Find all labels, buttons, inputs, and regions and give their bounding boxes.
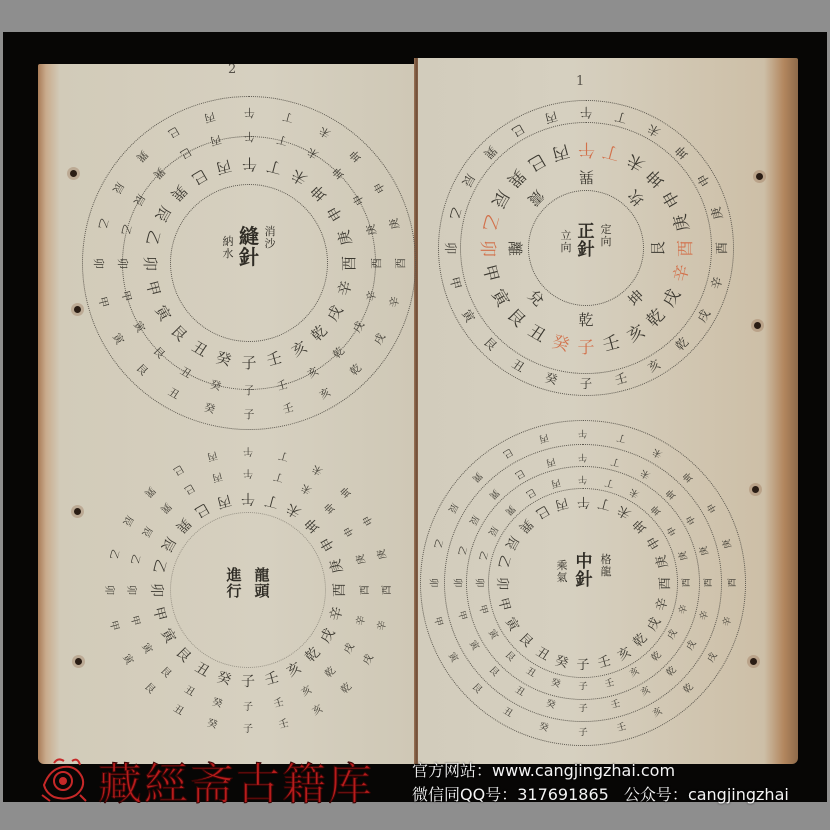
ring-glyph: 丙	[538, 432, 549, 443]
ring-glyph: 亥	[629, 667, 642, 680]
ring-glyph: 酉	[728, 578, 737, 587]
ring-glyph: 乾	[579, 313, 594, 328]
compass-diagram-bottom-right: 子癸丑艮寅甲卯乙辰巽巳丙午丁未坤申庚酉辛戌乾亥壬子癸丑艮寅甲卯乙辰巽巳丙午丁未坤…	[420, 420, 746, 746]
public-account-label: 公众号：	[624, 785, 688, 804]
ring-glyph: 甲	[432, 616, 443, 627]
ring-glyph: 乙	[477, 550, 488, 561]
ring-glyph: 癸	[209, 380, 222, 393]
ring-glyph: 巳	[525, 487, 538, 500]
ring-glyph: 癸	[211, 698, 223, 710]
ring-glyph: 壬	[596, 654, 612, 670]
ring-glyph: 巽	[579, 169, 594, 184]
ring-glyph: 乾	[303, 645, 323, 665]
ring-glyph: 辛	[366, 290, 379, 303]
binding-hole	[752, 486, 759, 493]
ring-glyph: 艮	[516, 632, 534, 650]
ring-glyph: 甲	[96, 296, 109, 309]
ring-glyph: 癸	[545, 699, 556, 710]
ring-glyph: 申	[352, 192, 367, 207]
ring-glyph: 巳	[533, 503, 551, 521]
ring-glyph: 午	[243, 445, 253, 455]
ring-glyph: 戌	[318, 626, 337, 645]
center-label-left: 進行	[226, 568, 242, 600]
binding-hole	[70, 170, 77, 177]
ring-glyph: 辛	[699, 610, 710, 621]
ring-glyph: 辛	[328, 605, 345, 622]
ring-glyph: 艮	[134, 363, 149, 378]
ring-glyph: 子	[578, 728, 587, 737]
ring-glyph: 戌	[686, 640, 699, 653]
ring-glyph: 戌	[325, 303, 345, 324]
ring-glyph: 乾	[340, 682, 354, 696]
ring-glyph: 丑	[192, 660, 211, 679]
ring-glyph: 丑	[171, 704, 185, 718]
ring-glyph: 申	[343, 524, 357, 538]
ring-glyph: 巽	[151, 165, 166, 180]
ring-glyph: 巳	[171, 462, 185, 476]
ring-glyph: 寅	[131, 320, 146, 335]
ring-glyph: 午	[578, 452, 587, 461]
ring-glyph: 坤	[309, 182, 330, 203]
ring-glyph: 巽	[168, 182, 189, 203]
ring-glyph: 艮	[157, 666, 171, 680]
ring-glyph: 丁	[596, 496, 612, 512]
ring-glyph: 酉	[396, 258, 407, 269]
ring-glyph: 丙	[211, 470, 223, 482]
ring-glyph: 艮	[470, 682, 483, 695]
ring-glyph: 丁	[263, 493, 280, 510]
page-number-left: 2	[228, 64, 236, 77]
ring-glyph: 寅	[152, 303, 172, 324]
center-label-main: 縫針	[239, 226, 259, 268]
ring-glyph: 坤	[349, 148, 364, 163]
ring-glyph: 卯	[103, 585, 113, 595]
page-number-right: 1	[576, 74, 584, 89]
ring-glyph: 子	[243, 703, 253, 713]
center-label: 龍頭 進行	[220, 562, 276, 618]
ring-glyph: 巳	[189, 166, 210, 186]
ring-glyph: 酉	[342, 255, 357, 270]
compass-diagram-bottom-left: 子癸丑艮寅甲卯乙辰巽巳丙午丁未坤申庚酉辛戌乾亥壬子癸丑艮寅甲卯乙辰巽巳丙午丁未坤…	[98, 440, 398, 740]
ring-glyph: 辰	[120, 513, 134, 527]
ring-glyph: 癸	[538, 722, 549, 733]
ring-glyph: 辛	[389, 296, 402, 309]
ring-glyph: 壬	[282, 403, 295, 416]
ring-glyph: 子	[242, 356, 257, 371]
ring-glyph: 巽	[157, 499, 171, 513]
center-label-right: 消沙	[264, 226, 276, 250]
ring-glyph: 乾	[324, 666, 338, 680]
ring-glyph: 乾	[665, 665, 678, 678]
ring-glyph: 坤	[303, 515, 323, 535]
ring-glyph: 子	[578, 682, 587, 691]
ring-glyph: 申	[667, 525, 680, 538]
ring-glyph: 寅	[159, 626, 178, 645]
ring-glyph: 巳	[514, 467, 527, 480]
binding-hole	[75, 658, 82, 665]
ring-glyph: 巽	[516, 516, 534, 534]
ring-glyph: 乙	[456, 545, 467, 556]
ring-glyph: 巽	[487, 487, 500, 500]
ring-glyph: 辛	[678, 604, 689, 615]
ring-glyph: 丁	[604, 477, 615, 488]
ring-glyph: 卯	[125, 585, 135, 595]
ring-glyph: 丁	[278, 449, 290, 461]
ring-glyph: 壬	[272, 698, 284, 710]
ring-glyph: 丑	[514, 686, 527, 699]
ring-glyph: 丙	[209, 133, 222, 146]
ring-glyph: 庚	[699, 545, 710, 556]
ring-glyph: 巳	[182, 481, 196, 495]
public-account: cangjingzhai	[688, 785, 789, 804]
center-label-left: 乘氣	[556, 560, 568, 584]
ring-glyph: 未	[284, 501, 303, 520]
ring-glyph: 巳	[192, 501, 211, 520]
ring-glyph: 辰	[447, 502, 460, 515]
ring-glyph: 子	[241, 675, 255, 689]
ring-glyph: 坤	[650, 503, 663, 516]
ring-glyph: 癸	[550, 678, 561, 689]
ring-glyph: 甲	[119, 290, 132, 303]
ring-glyph: 亥	[289, 339, 310, 359]
ring-glyph: 艮	[651, 240, 666, 255]
ring-glyph: 寅	[487, 629, 500, 642]
ring-glyph: 庚	[336, 228, 354, 246]
ring-glyph: 未	[652, 447, 665, 460]
ring-glyph: 庚	[356, 553, 368, 565]
contact-number: 317691865	[517, 785, 609, 804]
ring-glyph: 巽	[503, 503, 516, 516]
ring-glyph: 未	[306, 145, 321, 160]
ring-glyph: 子	[578, 704, 587, 713]
ring-glyph: 申	[362, 513, 376, 527]
ring-glyph: 乙	[107, 548, 119, 560]
ring-glyph: 午	[244, 130, 255, 141]
ring-glyph: 酉	[704, 578, 713, 587]
ring-glyph: 丁	[276, 133, 289, 146]
center-label-main: 正針	[576, 224, 596, 260]
ring-glyph: 庚	[389, 217, 402, 230]
ring-glyph: 卯	[428, 578, 437, 587]
ring-glyph: 癸	[206, 719, 218, 731]
ring-glyph: 戌	[373, 332, 388, 347]
compass-diagram-top-left: 子癸丑艮寅甲卯乙辰巽巳丙午丁未坤申庚酉辛戌乾亥壬子癸丑艮寅甲卯乙辰巽巳丙午丁未坤…	[82, 96, 416, 430]
ring-glyph: 丁	[616, 432, 627, 443]
ring-glyph: 丑	[502, 707, 515, 720]
ring-glyph: 坤	[332, 165, 347, 180]
ring-glyph: 艮	[173, 645, 193, 665]
ring-glyph: 子	[244, 386, 255, 397]
ring-glyph: 寅	[120, 653, 134, 667]
ring-glyph: 乾	[650, 650, 663, 663]
center-label-right: 龍頭	[254, 568, 270, 600]
center-label: 格龍 中針 乘氣	[556, 554, 612, 610]
ring-glyph: 酉	[361, 585, 371, 595]
website-label: 官方网站：	[412, 761, 492, 780]
ring-glyph: 午	[577, 495, 590, 508]
ring-glyph: 子	[577, 659, 590, 672]
ring-glyph: 申	[686, 514, 699, 527]
center-label-right: 定向	[600, 224, 612, 248]
ring-glyph: 丑	[533, 645, 551, 663]
ring-glyph: 乾	[632, 632, 650, 650]
ring-glyph: 庚	[377, 548, 389, 560]
center-label-right: 格龍	[600, 554, 612, 578]
ring-glyph: 寅	[467, 640, 480, 653]
ring-glyph: 辰	[467, 514, 480, 527]
ring-glyph: 戌	[343, 642, 357, 656]
center-label: 消沙 縫針 納水	[222, 226, 276, 286]
ring-glyph: 丁	[272, 470, 284, 482]
ring-glyph: 亥	[615, 645, 633, 663]
ring-glyph: 壬	[266, 350, 284, 368]
ring-glyph: 卯	[474, 578, 483, 587]
compass-diagram-top-right: 子癸丑艮寅甲卯乙辰巽巳丙午丁未坤申庚酉辛戌乾亥壬子癸丑艮寅甲卯乙辰巽巳丙午丁未坤…	[438, 100, 734, 396]
ring-glyph: 丑	[189, 339, 210, 359]
ring-glyph: 坎	[626, 186, 647, 207]
ring-glyph: 卯	[92, 258, 103, 269]
ring-glyph: 未	[300, 481, 314, 495]
ring-glyph: 乾	[309, 323, 330, 344]
ring-glyph: 壬	[276, 380, 289, 393]
ring-glyph: 卯	[116, 258, 127, 269]
ring-glyph: 甲	[496, 596, 512, 612]
ring-glyph: 卯	[495, 576, 508, 589]
ring-glyph: 甲	[456, 610, 467, 621]
binding-hole	[750, 658, 757, 665]
ring-glyph: 甲	[143, 280, 161, 298]
ring-glyph: 巽	[134, 148, 149, 163]
ring-glyph: 兌	[524, 288, 545, 309]
ring-glyph: 甲	[107, 620, 119, 632]
ring-glyph: 甲	[151, 605, 168, 622]
ring-glyph: 亥	[652, 707, 665, 720]
binding-hole	[74, 508, 81, 515]
ring-glyph: 巳	[166, 124, 181, 139]
binding-hole	[756, 173, 763, 180]
website-line: 官方网站：www.cangjingzhai.com	[412, 758, 675, 781]
ring-glyph: 壬	[263, 670, 280, 687]
ring-glyph: 乾	[682, 682, 695, 695]
ring-glyph: 丙	[203, 110, 216, 123]
ring-glyph: 辰	[159, 534, 178, 553]
ring-glyph: 丙	[545, 456, 556, 467]
ring-glyph: 酉	[682, 578, 691, 587]
ring-glyph: 未	[318, 124, 333, 139]
ring-glyph: 壬	[278, 719, 290, 731]
ring-glyph: 辰	[503, 533, 521, 551]
ring-glyph: 辛	[654, 596, 670, 612]
ring-glyph: 丑	[166, 387, 181, 402]
ring-glyph: 巽	[142, 484, 156, 498]
ring-glyph: 艮	[503, 650, 516, 663]
ring-glyph: 午	[241, 491, 255, 505]
ring-glyph: 辛	[356, 614, 368, 626]
ring-glyph: 酉	[372, 258, 383, 269]
ring-glyph: 卯	[452, 578, 461, 587]
ring-glyph: 坤	[682, 470, 695, 483]
ring-glyph: 酉	[383, 585, 393, 595]
ring-glyph: 亥	[284, 660, 303, 679]
ring-glyph: 申	[325, 203, 345, 224]
ring-glyph: 寅	[447, 652, 460, 665]
ring-glyph: 癸	[203, 403, 216, 416]
ring-glyph: 庚	[722, 538, 733, 549]
binding-hole	[754, 322, 761, 329]
ring-glyph: 酉	[333, 583, 347, 597]
ring-glyph: 寅	[139, 642, 153, 656]
ring-glyph: 未	[289, 166, 310, 186]
ring-glyph: 坤	[340, 484, 354, 498]
ring-glyph: 午	[242, 156, 257, 171]
contact-line: 微信同QQ号：317691865 公众号：cangjingzhai	[412, 782, 789, 805]
ring-glyph: 艮	[487, 665, 500, 678]
ring-glyph: 戌	[352, 320, 367, 335]
ring-glyph: 乙	[128, 553, 140, 565]
ring-glyph: 庚	[678, 550, 689, 561]
ring-glyph: 乾	[332, 346, 347, 361]
ring-glyph: 乙	[119, 223, 132, 236]
ring-glyph: 癸	[216, 670, 233, 687]
ring-glyph: 亥	[640, 686, 653, 699]
ring-glyph: 丑	[525, 667, 538, 680]
ring-glyph: 辰	[152, 203, 172, 224]
ring-glyph: 戌	[645, 615, 663, 633]
ring-glyph: 乾	[349, 363, 364, 378]
ring-glyph: 辰	[487, 525, 500, 538]
ring-glyph: 巽	[173, 515, 193, 535]
ring-glyph: 坤	[324, 499, 338, 513]
ring-glyph: 壬	[610, 699, 621, 710]
ring-glyph: 辰	[139, 524, 153, 538]
ring-glyph: 乙	[496, 554, 512, 570]
ring-glyph: 震	[524, 186, 545, 207]
ring-glyph: 坤	[665, 487, 678, 500]
ring-glyph: 未	[311, 462, 325, 476]
ring-glyph: 巳	[178, 145, 193, 160]
ring-glyph: 卯	[142, 255, 157, 270]
ring-glyph: 丙	[214, 157, 232, 175]
ring-glyph: 坤	[632, 516, 650, 534]
center-label-left: 立向	[560, 230, 572, 254]
ring-glyph: 乙	[143, 228, 161, 246]
ring-glyph: 丙	[550, 477, 561, 488]
ring-glyph: 申	[318, 534, 337, 553]
ring-glyph: 丙	[554, 496, 570, 512]
brand-name: 藏經斋古籍库	[98, 748, 374, 812]
ring-glyph: 壬	[616, 722, 627, 733]
ring-glyph: 丙	[216, 493, 233, 510]
ring-glyph: 申	[707, 502, 720, 515]
center-label: 定向 正針 立向	[560, 224, 612, 276]
ring-glyph: 亥	[311, 704, 325, 718]
ring-glyph: 艮	[168, 323, 189, 344]
ring-glyph: 辰	[131, 192, 146, 207]
ring-glyph: 巳	[502, 447, 515, 460]
ring-glyph: 亥	[318, 387, 333, 402]
ring-glyph: 庚	[366, 223, 379, 236]
ring-glyph: 丁	[266, 157, 284, 175]
binding-hole	[74, 306, 81, 313]
ring-glyph: 乙	[432, 538, 443, 549]
ring-glyph: 坤	[626, 288, 647, 309]
ring-glyph: 子	[244, 410, 255, 421]
ring-glyph: 戌	[667, 629, 680, 642]
ring-glyph: 午	[578, 474, 587, 483]
ring-glyph: 申	[645, 533, 663, 551]
ring-glyph: 艮	[151, 346, 166, 361]
qilin-seal-icon	[36, 755, 90, 803]
ring-glyph: 卯	[149, 583, 163, 597]
ring-glyph: 巽	[470, 470, 483, 483]
ring-glyph: 午	[578, 428, 587, 437]
ring-glyph: 丁	[282, 110, 295, 123]
ring-glyph: 甲	[128, 614, 140, 626]
ring-glyph: 離	[507, 240, 522, 255]
ring-glyph: 庚	[654, 554, 670, 570]
ring-glyph: 丑	[182, 685, 196, 699]
ring-glyph: 丁	[610, 456, 621, 467]
ring-glyph: 癸	[554, 654, 570, 670]
contact-label: 微信同QQ号：	[412, 785, 517, 804]
ring-glyph: 午	[244, 106, 255, 117]
ring-glyph: 未	[640, 467, 653, 480]
ring-glyph: 申	[373, 180, 388, 195]
ring-glyph: 壬	[604, 678, 615, 689]
ring-glyph: 子	[243, 725, 253, 735]
ring-glyph: 辛	[336, 280, 354, 298]
website-url: www.cangjingzhai.com	[492, 761, 675, 780]
ring-glyph: 酉	[659, 576, 672, 589]
ring-glyph: 辰	[110, 180, 125, 195]
center-label-left: 納水	[222, 236, 234, 260]
ring-glyph: 乙	[151, 558, 168, 575]
ring-glyph: 未	[629, 487, 642, 500]
ring-glyph: 未	[615, 503, 633, 521]
ring-glyph: 庚	[328, 558, 345, 575]
ring-glyph: 戌	[362, 653, 376, 667]
ring-glyph: 丑	[178, 366, 193, 381]
ring-glyph: 辛	[722, 616, 733, 627]
ring-glyph: 午	[243, 467, 253, 477]
ring-glyph: 寅	[110, 332, 125, 347]
ring-glyph: 寅	[503, 615, 521, 633]
ring-glyph: 癸	[214, 350, 232, 368]
ring-glyph: 甲	[477, 604, 488, 615]
ring-glyph: 戌	[707, 652, 720, 665]
ring-glyph: 乙	[96, 217, 109, 230]
ring-glyph: 亥	[306, 366, 321, 381]
ring-glyph: 艮	[142, 682, 156, 696]
ring-glyph: 辛	[377, 620, 389, 632]
ring-glyph: 亥	[300, 685, 314, 699]
center-label-main: 中針	[574, 554, 594, 590]
ring-glyph: 丙	[206, 449, 218, 461]
